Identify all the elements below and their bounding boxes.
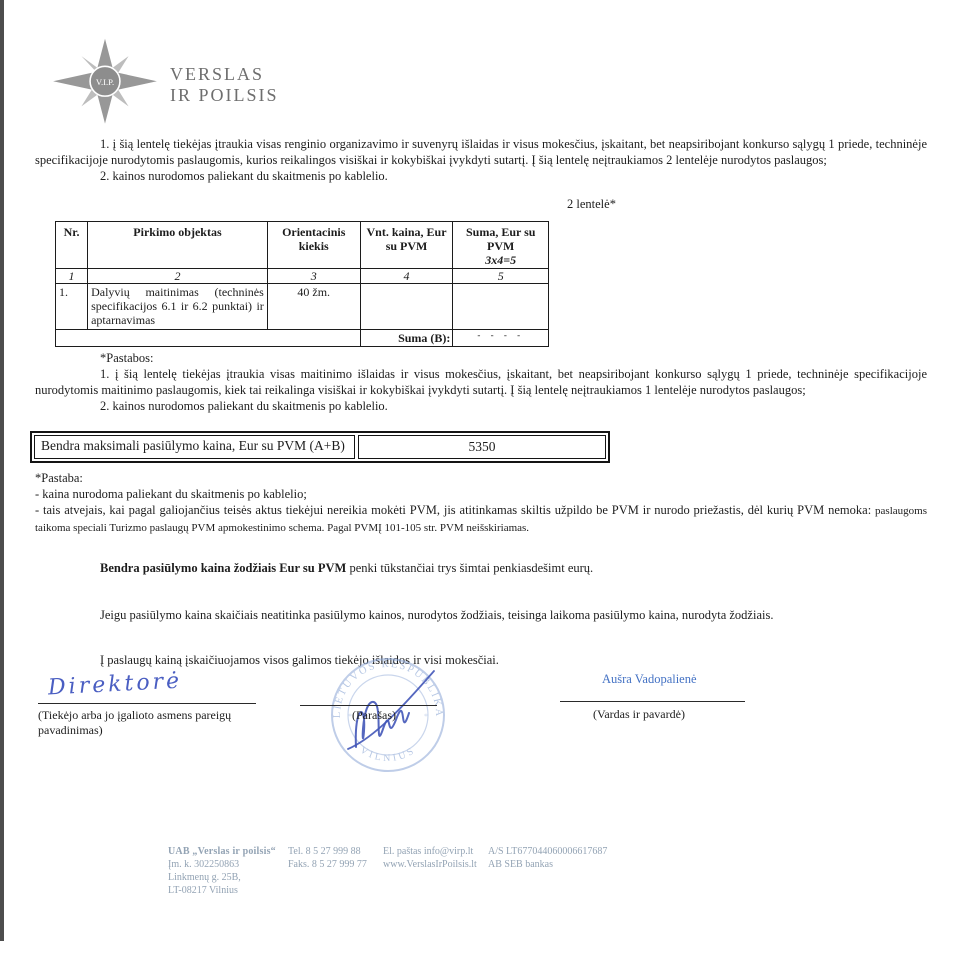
footer-website: www.VerslasIrPoilsis.lt [383, 858, 477, 871]
pastabos-title: *Pastabos: [35, 350, 927, 366]
pastabos-notes: *Pastabos: 1. į šią lentelę tiekėjas įtr… [35, 350, 927, 414]
table-header-row: Nr. Pirkimo objektas Orientacinis kiekis… [56, 222, 549, 269]
logo-name-line1: VERSLAS [170, 64, 279, 85]
header-nr: Nr. [56, 222, 88, 269]
suma-value: - - - - [453, 330, 549, 347]
pastaba-line-2-normal: - tais atvejais, kai pagal galiojančius … [35, 503, 875, 517]
colnum-3: 3 [267, 269, 360, 284]
scan-edge-artifact [0, 0, 4, 941]
header-qty: Orientacinis kiekis [267, 222, 360, 269]
footer-bank-account: A/S LT677044060006617687 [488, 845, 607, 858]
row1-sum [453, 284, 549, 330]
intro-item-2: 2. kainos nurodomos paliekant du skaitme… [35, 168, 927, 184]
colnum-1: 1 [56, 269, 88, 284]
header-object: Pirkimo objektas [88, 222, 268, 269]
logo-monogram: V.I.P. [96, 77, 114, 87]
header-sum-label: Suma, Eur su PVM [466, 225, 535, 253]
logo-name-line2: IR POILSIS [170, 85, 279, 106]
pastaba-line-1: - kaina nurodoma paliekant du skaitmenis… [35, 486, 927, 502]
colnum-2: 2 [88, 269, 268, 284]
pastaba-line-2: - tais atvejais, kai pagal galiojančius … [35, 502, 927, 536]
stamp-text-bottom: VILNIUS [358, 745, 418, 764]
footer-company-name: UAB „Verslas ir poilsis“ [168, 845, 276, 858]
price-in-words-rest: penki tūkstančiai trys šimtai penkiasdeš… [346, 561, 593, 575]
price-in-words-bold: Bendra pasiūlymo kaina žodžiais Eur su P… [100, 561, 346, 575]
name-signature-line [560, 701, 745, 702]
signer-name: Aušra Vadopalienė [602, 672, 697, 687]
included-costs-paragraph: Į paslaugų kainą įskaičiuojamos visos ga… [35, 652, 927, 668]
position-caption: (Tiekėjo arba jo įgalioto asmens pareigų… [38, 708, 273, 738]
intro-paragraph: 1. į šią lentelę tiekėjas įtraukia visas… [35, 136, 927, 184]
suma-label: Suma (B): [360, 330, 453, 347]
colnum-5: 5 [453, 269, 549, 284]
row1-unit-price [360, 284, 453, 330]
footer-bank-name: AB SEB bankas [488, 858, 607, 871]
handwritten-position: Direktorė [47, 669, 182, 701]
colnum-4: 4 [360, 269, 453, 284]
scanned-document-page: V.I.P. VERSLAS IR POILSIS 1. į šią lente… [0, 0, 959, 974]
svg-text:VILNIUS: VILNIUS [358, 745, 418, 764]
suma-blank-cell [56, 330, 361, 347]
header-unit-price: Vnt. kaina, Eur su PVM [360, 222, 453, 269]
table-row: 1. Dalyvių maitinimas (techninės specifi… [56, 284, 549, 330]
row1-qty: 40 žm. [267, 284, 360, 330]
pricing-table: Nr. Pirkimo objektas Orientacinis kiekis… [55, 221, 549, 347]
pastabos-item-1: 1. į šią lentelę tiekėjas įtraukia visas… [35, 366, 927, 398]
position-signature-line [38, 703, 256, 704]
table-caption: 2 lentelė* [567, 197, 616, 212]
footer-company-code: Įm. k. 302250863 [168, 858, 276, 871]
row1-object: Dalyvių maitinimas (techninės specifikac… [88, 284, 268, 330]
company-logo: V.I.P. VERSLAS IR POILSIS [50, 28, 410, 136]
pastaba-note: *Pastaba: - kaina nurodoma paliekant du … [35, 470, 927, 536]
mismatch-paragraph: Jeigu pasiūlymo kaina skaičiais neatitin… [35, 607, 927, 623]
footer-company-street: Linkmenų g. 25B, [168, 871, 276, 884]
total-price-label: Bendra maksimali pasiūlymo kaina, Eur su… [34, 435, 355, 459]
footer-bank: A/S LT677044060006617687 AB SEB bankas [488, 845, 607, 871]
parasas-signature-line [300, 705, 437, 706]
column-number-row: 1 2 3 4 5 [56, 269, 549, 284]
footer-company-city: LT-08217 Vilnius [168, 884, 276, 897]
header-sum-formula: 3x4=5 [456, 253, 545, 267]
price-in-words: Bendra pasiūlymo kaina žodžiais Eur su P… [35, 560, 927, 576]
footer-phones: Tel. 8 5 27 999 88 Faks. 8 5 27 999 77 [288, 845, 367, 871]
name-caption: (Vardas ir pavardė) [593, 707, 685, 722]
footer-email: El. paštas info@virp.lt [383, 845, 477, 858]
suma-row: Suma (B): - - - - [56, 330, 549, 347]
vip-star-icon: V.I.P. [50, 28, 160, 136]
logo-wordmark: VERSLAS IR POILSIS [170, 64, 279, 106]
footer-fax: Faks. 8 5 27 999 77 [288, 858, 367, 871]
row1-nr: 1. [56, 284, 88, 330]
footer-company-address: UAB „Verslas ir poilsis“ Įm. k. 30225086… [168, 845, 276, 897]
intro-item-1: 1. į šią lentelę tiekėjas įtraukia visas… [35, 136, 927, 168]
footer-phone: Tel. 8 5 27 999 88 [288, 845, 367, 858]
footer-web: El. paštas info@virp.lt www.VerslasIrPoi… [383, 845, 477, 871]
total-price-value: 5350 [358, 435, 606, 459]
pastaba-title: *Pastaba: [35, 470, 927, 486]
header-sum: Suma, Eur su PVM 3x4=5 [453, 222, 549, 269]
total-price-box: Bendra maksimali pasiūlymo kaina, Eur su… [30, 431, 610, 463]
svg-text:*: * [424, 712, 428, 721]
parasas-caption: (Parašas) [352, 708, 396, 723]
pastabos-item-2: 2. kainos nurodomos paliekant du skaitme… [35, 398, 927, 414]
